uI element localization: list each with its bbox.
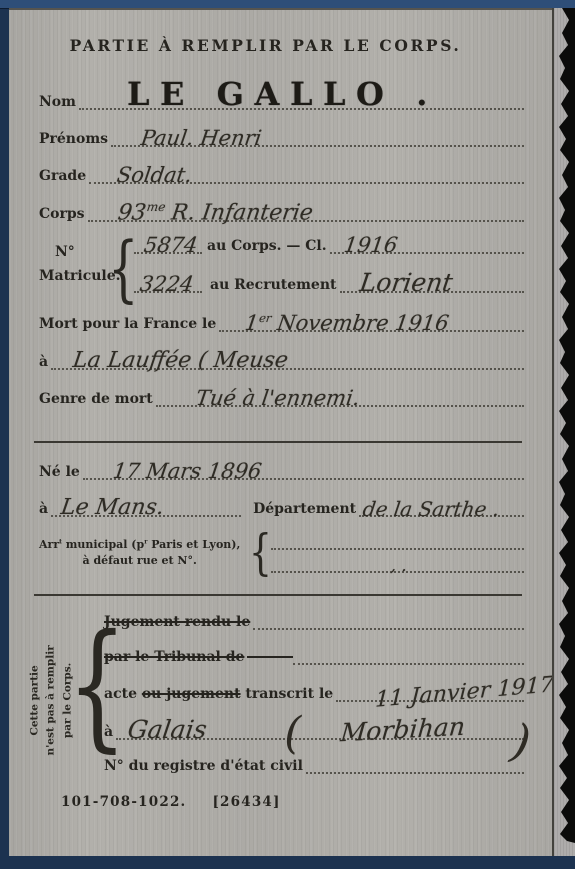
side-note-line2: n'est pas à remplir — [43, 610, 59, 790]
dotted-rule: La Lauffée ( Meuse — [51, 368, 524, 370]
arr-municipal-line1 — [271, 534, 524, 550]
matricule-recrutement-place: Lorient — [358, 270, 454, 295]
transcrit-label: acte ou jugement transcrit le — [104, 687, 336, 702]
imprint-reference: [26434] — [212, 794, 280, 810]
field-jugement: Jugement rendu le — [104, 604, 524, 630]
corps-value: 93me R. Infanterie — [116, 201, 314, 224]
dotted-rule: Lorient — [340, 291, 525, 293]
dotted-rule: 1er Novembre 1916 — [219, 330, 524, 332]
tribunal-label: par le Tribunal de — [104, 650, 247, 665]
lieu-mort-label: à — [39, 355, 51, 370]
dotted-rule: 3224 — [134, 291, 202, 293]
field-nom: Nom LE GALLO . — [39, 68, 524, 110]
imprint-number: 101-708-1022. — [61, 794, 186, 810]
arr-municipal-brace: { — [249, 530, 272, 579]
arr-municipal-label-line2: à défaut rue et N°. — [39, 553, 240, 569]
film-edge — [556, 8, 575, 843]
matricule-label-line1: N° — [55, 244, 75, 260]
lieu-mort-value: La Lauffée ( Meuse — [72, 350, 290, 372]
section-divider — [34, 441, 522, 443]
field-prenoms: Prénoms Paul. Henri — [39, 121, 524, 147]
dotted-rule: Paul. Henri — [111, 145, 524, 147]
field-ne-le: Né le 17 Mars 1896 — [39, 453, 524, 480]
prenoms-value: Paul. Henri — [140, 128, 263, 149]
dotted-rule — [306, 772, 524, 774]
field-lieu-transcription: à Galais ( Morbihan ) — [104, 714, 524, 740]
arr-municipal-line2: , . — [271, 557, 524, 573]
side-note-line1: Cette partie — [27, 610, 43, 790]
dotted-rule: , . — [271, 571, 524, 573]
field-transcrit: acte ou jugement transcrit le 11 Janvier… — [104, 676, 524, 702]
matricule-corps-suffix: au Corps. — Cl. — [202, 239, 330, 254]
document-title: PARTIE À REMPLIR PAR LE CORPS. — [39, 36, 492, 55]
dotted-rule: LE GALLO . — [79, 108, 524, 110]
field-corps: Corps 93me R. Infanterie — [39, 194, 524, 222]
ne-le-value: 17 Mars 1896 — [111, 461, 262, 482]
field-registre: N° du registre d'état civil — [104, 748, 524, 774]
dotted-rule: 1916 — [330, 252, 524, 254]
document-card: PARTIE À REMPLIR PAR LE CORPS. Nom LE GA… — [9, 8, 552, 856]
field-lieu-naissance: à Le Mans. Département de la Sarthe . — [39, 490, 524, 517]
arr-municipal-mark: , . — [390, 558, 409, 575]
corps-label: Corps — [39, 207, 88, 222]
arr-municipal-label: Arrt municipal (pr Paris et Lyon), à déf… — [39, 537, 240, 569]
dotted-rule: Galais ( Morbihan ) — [116, 738, 524, 740]
imprint: 101-708-1022.[26434] — [61, 794, 307, 810]
mort-le-label: Mort pour la France le — [39, 317, 219, 332]
dotted-rule: Tué à l'ennemi. — [156, 405, 524, 407]
matricule-recrutement-suffix: au Recrutement — [202, 278, 340, 293]
genre-mort-label: Genre de mort — [39, 392, 156, 407]
section-divider — [34, 594, 522, 596]
genre-mort-value: Tué à l'ennemi. — [194, 388, 360, 409]
grade-label: Grade — [39, 169, 89, 184]
field-tribunal: par le Tribunal de — [104, 639, 524, 665]
matricule-corps-number: 5874 — [143, 235, 199, 256]
transcrit-value: 11 Janvier 1917 — [375, 674, 555, 711]
matricule-recrutement-number: 3224 — [139, 274, 195, 295]
field-genre-mort: Genre de mort Tué à l'ennemi. — [39, 380, 524, 407]
jugement-label: Jugement rendu le — [104, 615, 253, 630]
lieu-naissance-value: Le Mans. — [60, 497, 166, 519]
registre-label: N° du registre d'état civil — [104, 759, 306, 774]
ne-le-label: Né le — [39, 465, 83, 480]
nom-label: Nom — [39, 95, 79, 110]
dotted-rule: 93me R. Infanterie — [88, 220, 524, 222]
lieu-transcription-departement: Morbihan — [340, 714, 467, 745]
lieu-naissance-label: à — [39, 502, 51, 517]
matricule-classe: 1916 — [342, 235, 398, 256]
field-lieu-mort: à La Lauffée ( Meuse — [39, 341, 524, 370]
dotted-rule: 17 Mars 1896 — [83, 478, 524, 480]
lieu-transcription-label: à — [104, 725, 116, 740]
lieu-transcription-commune: Galais — [126, 717, 208, 742]
dotted-rule — [271, 548, 524, 550]
dotted-rule — [293, 663, 524, 665]
dotted-rule — [253, 628, 524, 630]
prenoms-label: Prénoms — [39, 132, 111, 147]
strike-extension — [247, 656, 293, 658]
nom-value: LE GALLO . — [127, 78, 438, 110]
field-grade: Grade Soldat. — [39, 158, 524, 184]
grade-value: Soldat. — [116, 165, 194, 186]
dotted-rule: 11 Janvier 1917 — [336, 700, 524, 702]
arr-municipal-label-line1: Arrt municipal (pr Paris et Lyon), — [39, 537, 240, 553]
field-matricule-corps: 5874 au Corps. — Cl. 1916 — [134, 227, 524, 254]
dotted-rule: 5874 — [134, 252, 202, 254]
dotted-rule: Le Mans. — [51, 515, 241, 517]
departement-label: Département — [241, 502, 359, 517]
dotted-rule: de la Sarthe . — [359, 515, 524, 517]
field-mort-le: Mort pour la France le 1er Novembre 1916 — [39, 305, 524, 332]
mort-le-value: 1er Novembre 1916 — [244, 313, 451, 334]
dotted-rule: Soldat. — [89, 182, 524, 184]
departement-value: de la Sarthe . — [362, 499, 501, 519]
field-matricule-recrutement: 3224 au Recrutement Lorient — [134, 266, 524, 293]
